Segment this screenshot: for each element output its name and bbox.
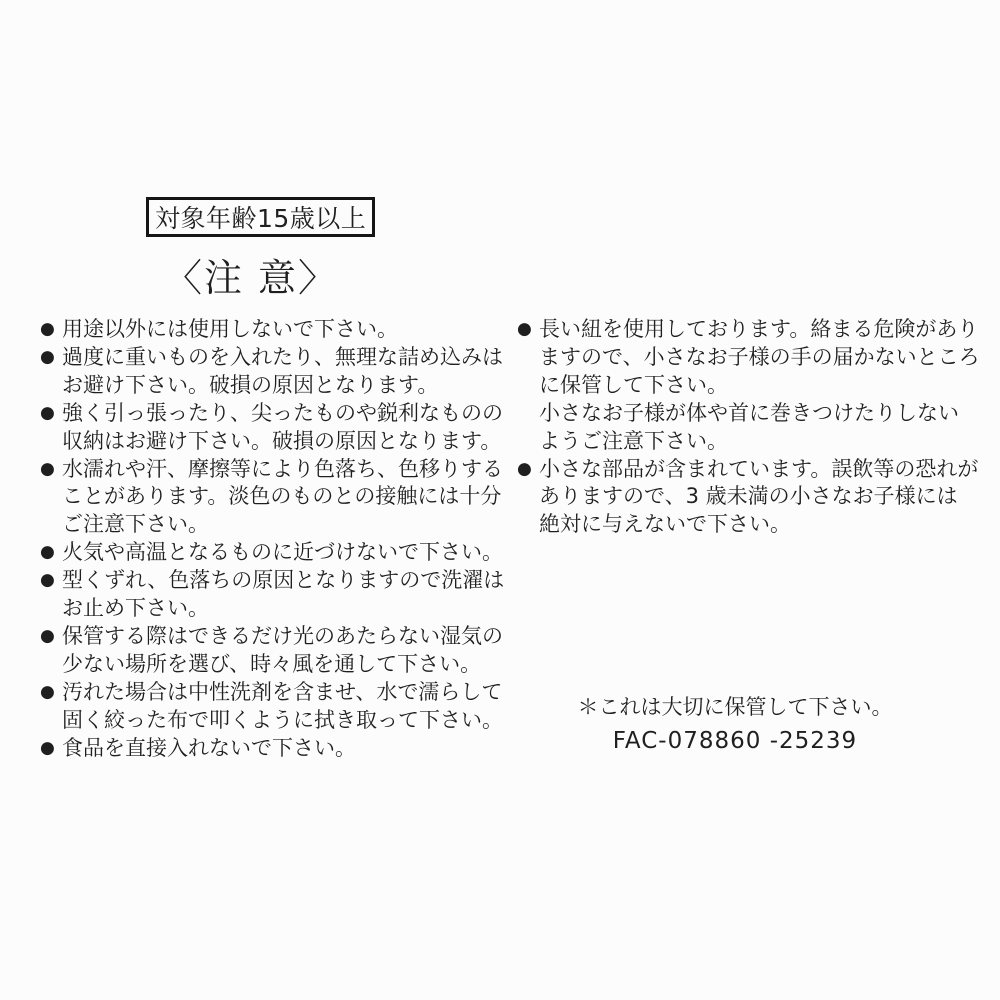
- caution-line: 汚れた場合は中性洗剤を含ませ、水で濡らして: [62, 679, 514, 707]
- keep-safe-note: ＊これは大切に保管して下さい。: [535, 690, 935, 724]
- caution-item: ● 火気や高温となるものに近づけないで下さい。: [40, 539, 514, 567]
- caution-item: ● 用途以外には使用しないで下さい。: [40, 316, 514, 344]
- caution-sheet: 対象年齢15歳以上 〈注 意〉 ● 用途以外には使用しないで下さい。 ● 過度に…: [0, 0, 1000, 1000]
- caution-item: ● 水濡れや汗、摩擦等により色落ち、色移りする ことがあります。淡色のものとの接…: [40, 456, 514, 540]
- caution-line: 食品を直接入れないで下さい。: [62, 735, 514, 763]
- bullet-icon: ●: [40, 735, 62, 763]
- caution-item-lines: 食品を直接入れないで下さい。: [62, 735, 514, 763]
- caution-line: ますので、小さなお子様の手の届かないところ: [539, 344, 985, 372]
- caution-item: ● 強く引っ張ったり、尖ったものや鋭利なものの 収納はお避け下さい。破損の原因と…: [40, 400, 514, 456]
- caution-line: 小さなお子様が体や首に巻きつけたりしない: [539, 400, 985, 428]
- caution-line: 保管する際はできるだけ光のあたらない湿気の: [62, 623, 514, 651]
- bullet-icon: ●: [40, 539, 62, 567]
- caution-item: ● 型くずれ、色落ちの原因となりますので洗濯は お止め下さい。: [40, 567, 514, 623]
- caution-item: ● 過度に重いものを入れたり、無理な詰め込みは お避け下さい。破損の原因となりま…: [40, 344, 514, 400]
- age-restriction-label: 対象年齢15歳以上: [155, 199, 366, 235]
- bullet-icon: ●: [40, 344, 62, 372]
- caution-line: ようご注意下さい。: [539, 428, 985, 456]
- caution-line: ご注意下さい。: [62, 511, 514, 539]
- caution-line: 過度に重いものを入れたり、無理な詰め込みは: [62, 344, 514, 372]
- caution-line: 用途以外には使用しないで下さい。: [62, 316, 514, 344]
- caution-item-lines: 保管する際はできるだけ光のあたらない湿気の 少ない場所を選び、時々風を通して下さ…: [62, 623, 514, 679]
- caution-line: 火気や高温となるものに近づけないで下さい。: [62, 539, 514, 567]
- caution-item-lines: 型くずれ、色落ちの原因となりますので洗濯は お止め下さい。: [62, 567, 514, 623]
- bullet-icon: ●: [40, 567, 62, 595]
- caution-line: 水濡れや汗、摩擦等により色落ち、色移りする: [62, 456, 514, 484]
- caution-line: 絶対に与えないで下さい。: [539, 511, 985, 539]
- caution-line: 固く絞った布で叩くように拭き取って下さい。: [62, 707, 514, 735]
- caution-item: ● 小さな部品が含まれています。誤飲等の恐れが ありますので、3 歳未満の小さな…: [517, 456, 985, 540]
- caution-item: ● 保管する際はできるだけ光のあたらない湿気の 少ない場所を選び、時々風を通して…: [40, 623, 514, 679]
- bullet-icon: ●: [40, 316, 62, 344]
- caution-line: 収納はお避け下さい。破損の原因となります。: [62, 428, 514, 456]
- caution-line: 型くずれ、色落ちの原因となりますので洗濯は: [62, 567, 514, 595]
- caution-item-lines: 用途以外には使用しないで下さい。: [62, 316, 514, 344]
- caution-item: ● 汚れた場合は中性洗剤を含ませ、水で濡らして 固く絞った布で叩くように拭き取っ…: [40, 679, 514, 735]
- caution-column-right: ● 長い紐を使用しております。絡まる危険があり ますので、小さなお子様の手の届か…: [517, 316, 985, 539]
- caution-line: に保管して下さい。: [539, 372, 985, 400]
- caution-item-lines: 長い紐を使用しております。絡まる危険があり ますので、小さなお子様の手の届かない…: [539, 316, 985, 456]
- bullet-icon: ●: [40, 456, 62, 484]
- caution-item-lines: 水濡れや汗、摩擦等により色落ち、色移りする ことがあります。淡色のものとの接触に…: [62, 456, 514, 540]
- caution-item-lines: 強く引っ張ったり、尖ったものや鋭利なものの 収納はお避け下さい。破損の原因となり…: [62, 400, 514, 456]
- caution-line: ありますので、3 歳未満の小さなお子様には: [539, 483, 985, 511]
- age-restriction-box: 対象年齢15歳以上: [146, 197, 375, 237]
- caution-line: 強く引っ張ったり、尖ったものや鋭利なものの: [62, 400, 514, 428]
- bullet-icon: ●: [517, 456, 539, 484]
- caution-item-lines: 汚れた場合は中性洗剤を含ませ、水で濡らして 固く絞った布で叩くように拭き取って下…: [62, 679, 514, 735]
- footer-note-block: ＊これは大切に保管して下さい。 FAC-078860 -25239: [535, 690, 935, 758]
- bullet-icon: ●: [40, 400, 62, 428]
- caution-item-lines: 小さな部品が含まれています。誤飲等の恐れが ありますので、3 歳未満の小さなお子…: [539, 456, 985, 540]
- caution-line: お止め下さい。: [62, 595, 514, 623]
- caution-line: 少ない場所を選び、時々風を通して下さい。: [62, 651, 514, 679]
- bullet-icon: ●: [40, 623, 62, 651]
- caution-line: ことがあります。淡色のものとの接触には十分: [62, 483, 514, 511]
- caution-line: お避け下さい。破損の原因となります。: [62, 372, 514, 400]
- caution-line: 長い紐を使用しております。絡まる危険があり: [539, 316, 985, 344]
- caution-item-lines: 過度に重いものを入れたり、無理な詰め込みは お避け下さい。破損の原因となります。: [62, 344, 514, 400]
- caution-item: ● 食品を直接入れないで下さい。: [40, 735, 514, 763]
- bullet-icon: ●: [517, 316, 539, 344]
- bullet-icon: ●: [40, 679, 62, 707]
- caution-line: 小さな部品が含まれています。誤飲等の恐れが: [539, 456, 985, 484]
- caution-column-left: ● 用途以外には使用しないで下さい。 ● 過度に重いものを入れたり、無理な詰め込…: [40, 316, 514, 763]
- caution-item: ● 長い紐を使用しております。絡まる危険があり ますので、小さなお子様の手の届か…: [517, 316, 985, 456]
- caution-item-lines: 火気や高温となるものに近づけないで下さい。: [62, 539, 514, 567]
- page-title: 〈注 意〉: [131, 247, 371, 302]
- product-code: FAC-078860 -25239: [535, 724, 935, 758]
